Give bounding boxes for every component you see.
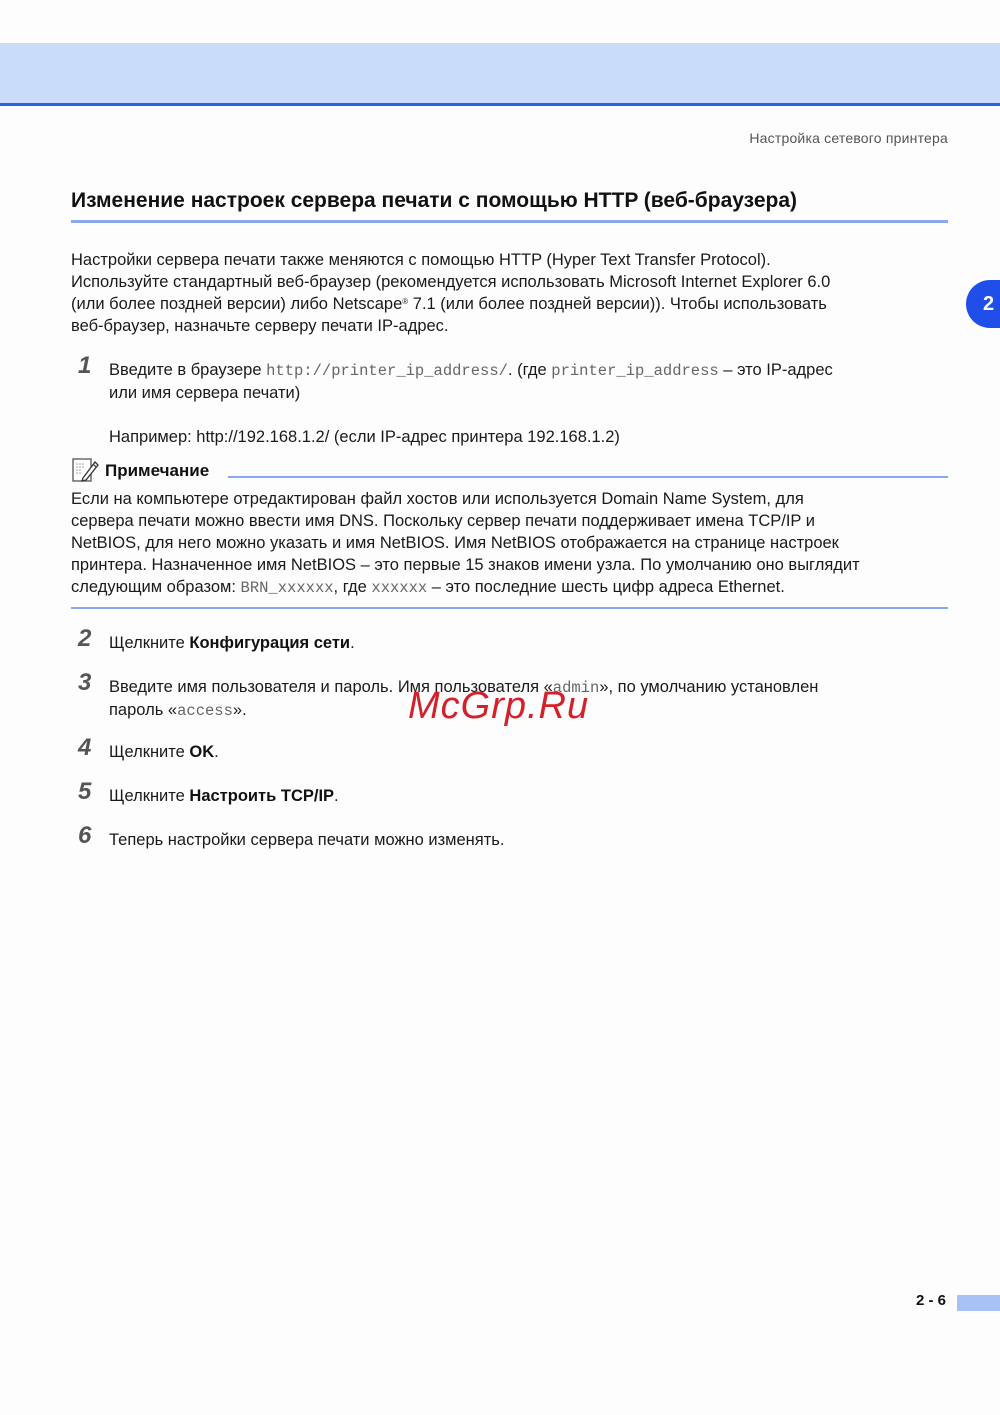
- pencil-note-icon: [71, 456, 99, 484]
- step-text-part: .: [334, 787, 339, 805]
- note-line: сервера печати можно ввести имя DNS. Пос…: [71, 510, 951, 532]
- intro-line: Настройки сервера печати также меняются …: [71, 249, 951, 271]
- step-text: Теперь настройки сервера печати можно из…: [109, 829, 949, 851]
- note-line: NetBIOS, для него можно указать и имя Ne…: [71, 532, 951, 554]
- code-term: access: [177, 702, 233, 720]
- note-header: Примечание: [71, 456, 948, 484]
- step-text-part: – это IP-адрес: [719, 361, 833, 379]
- watermark: McGrp.Ru: [408, 685, 589, 728]
- intro-line: (или более поздней версии) либо Netscape…: [71, 293, 951, 315]
- code-term: xxxxxx: [371, 579, 427, 597]
- intro-text: (или более поздней версии) либо Netscape: [71, 295, 402, 313]
- step-text-part: Теперь настройки сервера печати можно из…: [109, 831, 504, 849]
- chapter-tab: 2: [966, 280, 1000, 328]
- step-text-part: ».: [233, 701, 247, 719]
- note-line: принтера. Назначенное имя NetBIOS – это …: [71, 554, 951, 576]
- intro-line: веб-браузер, назначьте серверу печати IP…: [71, 315, 951, 337]
- intro-line: Используйте стандартный веб-браузер (рек…: [71, 271, 951, 293]
- page-marker-bar: [957, 1295, 1000, 1311]
- step-text-part: Щелкните: [109, 634, 189, 652]
- note-line: следующим образом: BRN_xxxxxx, где xxxxx…: [71, 576, 951, 599]
- section-title: Изменение настроек сервера печати с помо…: [71, 189, 948, 213]
- ui-term: Настроить TCP/IP: [189, 787, 334, 805]
- step-text-part: Щелкните: [109, 787, 189, 805]
- step-number: 4: [78, 737, 91, 759]
- step-text: Щелкните Конфигурация сети.: [109, 632, 949, 654]
- note-bottom-rule: [71, 607, 948, 609]
- step-number: 6: [78, 825, 91, 847]
- step-text-part: . (где: [508, 361, 551, 379]
- step-example: Например: http://192.168.1.2/ (если IP-а…: [109, 426, 949, 448]
- url-code: http://printer_ip_address/: [266, 362, 508, 380]
- header-rule: [0, 103, 1000, 106]
- title-rule: [71, 220, 948, 223]
- page-number: 2 - 6: [916, 1292, 946, 1309]
- note-text: – это последние шесть цифр адреса Ethern…: [427, 578, 785, 596]
- step-text-part: Щелкните: [109, 743, 189, 761]
- note-label: Примечание: [105, 461, 209, 481]
- ui-term: Конфигурация сети: [189, 634, 350, 652]
- note-rule: [228, 476, 948, 478]
- code-term: printer_ip_address: [551, 362, 718, 380]
- step-text: Введите в браузере http://printer_ip_add…: [109, 359, 949, 448]
- running-header: Настройка сетевого принтера: [749, 130, 948, 146]
- step-number: 2: [78, 628, 91, 650]
- step-text-part: .: [350, 634, 355, 652]
- step-text-part: Введите в браузере: [109, 361, 266, 379]
- note-body: Если на компьютере отредактирован файл х…: [71, 488, 951, 599]
- intro-paragraph: Настройки сервера печати также меняются …: [71, 249, 951, 337]
- step-text: Щелкните Настроить TCP/IP.: [109, 785, 949, 807]
- step-text-part: или имя сервера печати): [109, 382, 949, 404]
- step-text-part: .: [214, 743, 219, 761]
- chapter-number: 2: [983, 293, 994, 316]
- step-text-part: пароль «: [109, 701, 177, 719]
- code-term: BRN_xxxxxx: [241, 579, 334, 597]
- step-number: 3: [78, 672, 91, 694]
- note-text: , где: [334, 578, 372, 596]
- header-band: [0, 43, 1000, 103]
- step-text-part: », по умолчанию установлен: [599, 678, 818, 696]
- step-number: 5: [78, 781, 91, 803]
- note-line: Если на компьютере отредактирован файл х…: [71, 488, 951, 510]
- note-text: следующим образом:: [71, 578, 241, 596]
- step-number: 1: [78, 355, 91, 377]
- intro-text: 7.1 (или более поздней версии)). Чтобы и…: [408, 295, 827, 313]
- ui-term: OK: [189, 743, 214, 761]
- registered-mark: ®: [402, 297, 408, 306]
- step-text: Щелкните OK.: [109, 741, 949, 763]
